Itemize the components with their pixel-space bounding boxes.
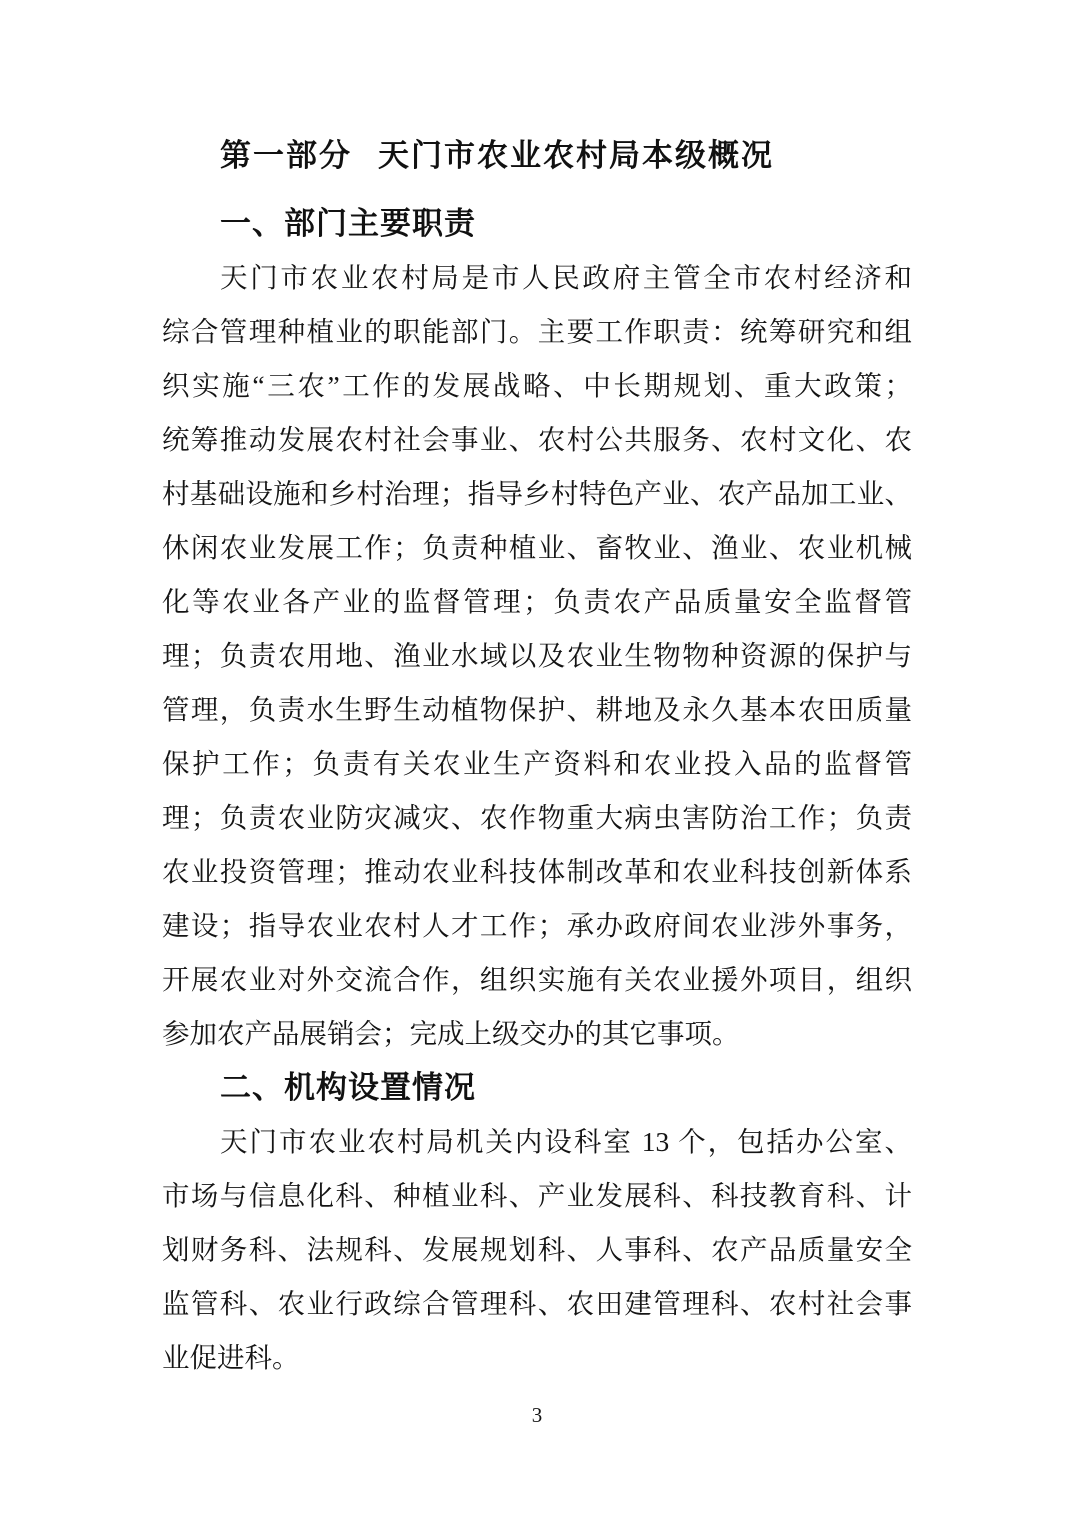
section-2-paragraph: 天门市农业农村局机关内设科室 13 个，包括办公室、 市场与信息化科、种植业科、… — [162, 1115, 912, 1385]
page-number: 3 — [0, 1400, 1074, 1430]
text-line: 理；负责农用地、渔业水域以及农业生物物种资源的保护与 — [162, 629, 912, 683]
text-line: 综合管理种植业的职能部门。主要工作职责：统筹研究和组 — [162, 305, 912, 359]
text-line: 织实施“三农”工作的发展战略、中长期规划、重大政策； — [162, 359, 912, 413]
section-2-heading: 二、机构设置情况 — [162, 1061, 912, 1115]
text-line: 农业投资管理；推动农业科技体制改革和农业科技创新体系 — [162, 845, 912, 899]
text-line: 管理，负责水生野生动植物保护、耕地及永久基本农田质量 — [162, 683, 912, 737]
text-line: 业促进科。 — [162, 1331, 912, 1385]
part-title-prefix: 第一部分 — [220, 138, 352, 173]
text-line: 保护工作；负责有关农业生产资料和农业投入品的监督管 — [162, 737, 912, 791]
text-line: 理；负责农业防灾减灾、农作物重大病虫害防治工作；负责 — [162, 791, 912, 845]
text-line: 化等农业各产业的监督管理；负责农产品质量安全监督管 — [162, 575, 912, 629]
document-page: 第一部分天门市农业农村局本级概况 一、部门主要职责 天门市农业农村局是市人民政府… — [0, 0, 1074, 1520]
text-line: 天门市农业农村局机关内设科室 13 个，包括办公室、 — [162, 1115, 912, 1169]
part-title: 第一部分天门市农业农村局本级概况 — [162, 137, 912, 175]
text-line: 监管科、农业行政综合管理科、农田建管理科、农村社会事 — [162, 1277, 912, 1331]
text-line: 休闲农业发展工作；负责种植业、畜牧业、渔业、农业机械 — [162, 521, 912, 575]
text-line: 开展农业对外交流合作，组织实施有关农业援外项目，组织 — [162, 953, 912, 1007]
text-line: 建设；指导农业农村人才工作；承办政府间农业涉外事务， — [162, 899, 912, 953]
section-1-paragraph: 天门市农业农村局是市人民政府主管全市农村经济和 综合管理种植业的职能部门。主要工… — [162, 251, 912, 1061]
text-line: 统筹推动发展农村社会事业、农村公共服务、农村文化、农 — [162, 413, 912, 467]
text-line: 市场与信息化科、种植业科、产业发展科、科技教育科、计 — [162, 1169, 912, 1223]
text-line: 天门市农业农村局是市人民政府主管全市农村经济和 — [162, 251, 912, 305]
text-line: 村基础设施和乡村治理；指导乡村特色产业、农产品加工业、 — [162, 467, 912, 521]
text-line: 划财务科、法规科、发展规划科、人事科、农产品质量安全 — [162, 1223, 912, 1277]
part-title-text: 天门市农业农村局本级概况 — [378, 138, 774, 173]
text-line: 参加农产品展销会；完成上级交办的其它事项。 — [162, 1007, 912, 1061]
section-1-heading: 一、部门主要职责 — [162, 197, 912, 251]
